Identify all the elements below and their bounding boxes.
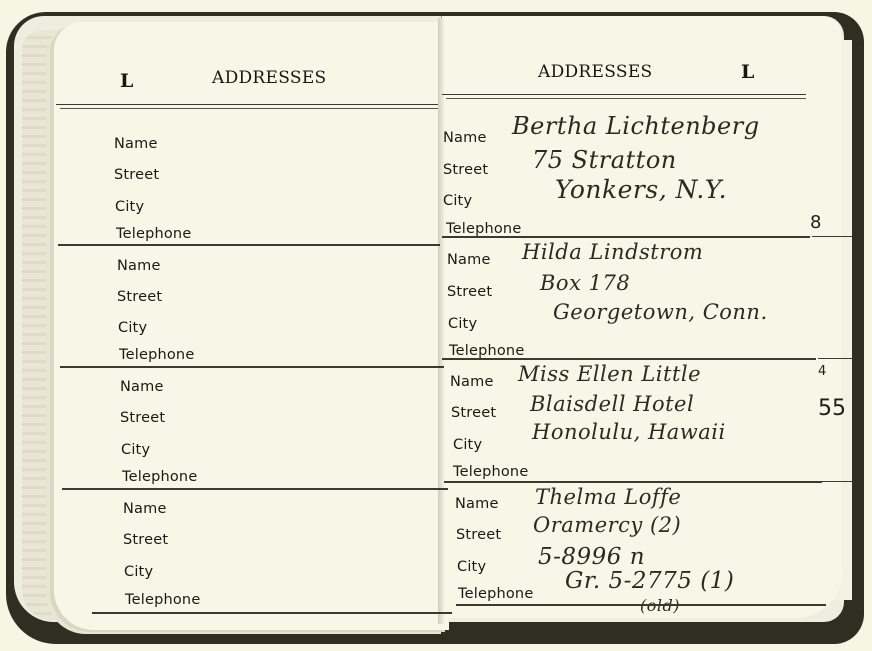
left-page [54, 22, 449, 630]
entry-divider [60, 366, 444, 368]
city-value: Yonkers, N.Y. [555, 175, 727, 204]
city-label: City [453, 437, 482, 453]
underlying-rule [822, 481, 852, 482]
entry-divider [92, 612, 452, 614]
street-label: Street [456, 527, 501, 543]
underlying-rule [812, 236, 852, 237]
entry-divider [444, 481, 822, 483]
right-header-rule [442, 94, 806, 95]
street-label: Street [123, 532, 168, 548]
city-label: City [124, 564, 153, 580]
name-value: Bertha Lichtenberg [512, 112, 760, 140]
margin-note: 4 [818, 364, 826, 379]
entry-divider [442, 358, 816, 360]
city-label: City [118, 320, 147, 336]
street-value: Blaisdell Hotel [530, 392, 694, 416]
street-value: 75 Stratton [532, 146, 677, 174]
street-value: Box 178 [540, 271, 630, 295]
name-label: Name [120, 379, 164, 395]
underlying-rule [818, 358, 852, 359]
entry-divider [58, 244, 440, 246]
telephone-label: Telephone [122, 469, 197, 485]
street-label: Street [443, 162, 488, 178]
name-value: Thelma Loffe [535, 485, 681, 509]
street-label: Street [447, 284, 492, 300]
name-label: Name [123, 501, 167, 517]
name-label: Name [450, 374, 494, 390]
city-value: Honolulu, Hawaii [532, 420, 726, 444]
street-label: Street [117, 289, 162, 305]
street-label: Street [114, 167, 159, 183]
right-index-letter: L [741, 61, 755, 83]
street-value: Oramercy (2) [533, 513, 681, 537]
telephone-value: Gr. 5-2775 (1) [565, 568, 734, 594]
telephone-label: Telephone [449, 343, 524, 359]
telephone-label: Telephone [458, 586, 533, 602]
city-label: City [443, 193, 472, 209]
name-label: Name [443, 130, 487, 146]
name-label: Name [117, 258, 161, 274]
name-value: Hilda Lindstrom [522, 240, 703, 264]
city-value: Georgetown, Conn. [553, 300, 768, 324]
name-value: Miss Ellen Little [518, 362, 701, 386]
entry-divider [456, 604, 826, 606]
street-label: Street [451, 405, 496, 421]
street-label: Street [120, 410, 165, 426]
telephone-label: Telephone [453, 464, 528, 480]
telephone-label: Telephone [446, 221, 521, 237]
margin-note: 8 [810, 212, 821, 233]
left-page-title: ADDRESSES [212, 68, 327, 88]
city-label: City [115, 199, 144, 215]
margin-note: 55 [818, 396, 846, 421]
telephone-label: Telephone [119, 347, 194, 363]
city-label: City [457, 559, 486, 575]
entry-divider [62, 488, 448, 490]
name-label: Name [447, 252, 491, 268]
city-label: City [121, 442, 150, 458]
telephone-label: Telephone [116, 226, 191, 242]
telephone-label: Telephone [125, 592, 200, 608]
city-label: City [448, 316, 477, 332]
name-label: Name [114, 136, 158, 152]
entry-divider [442, 236, 810, 238]
left-header-rule [56, 104, 438, 105]
name-label: Name [455, 496, 499, 512]
book-spine [438, 18, 444, 624]
left-index-letter: L [120, 70, 134, 92]
right-page-title: ADDRESSES [538, 62, 653, 82]
city-value: 5-8996 n [538, 544, 645, 570]
